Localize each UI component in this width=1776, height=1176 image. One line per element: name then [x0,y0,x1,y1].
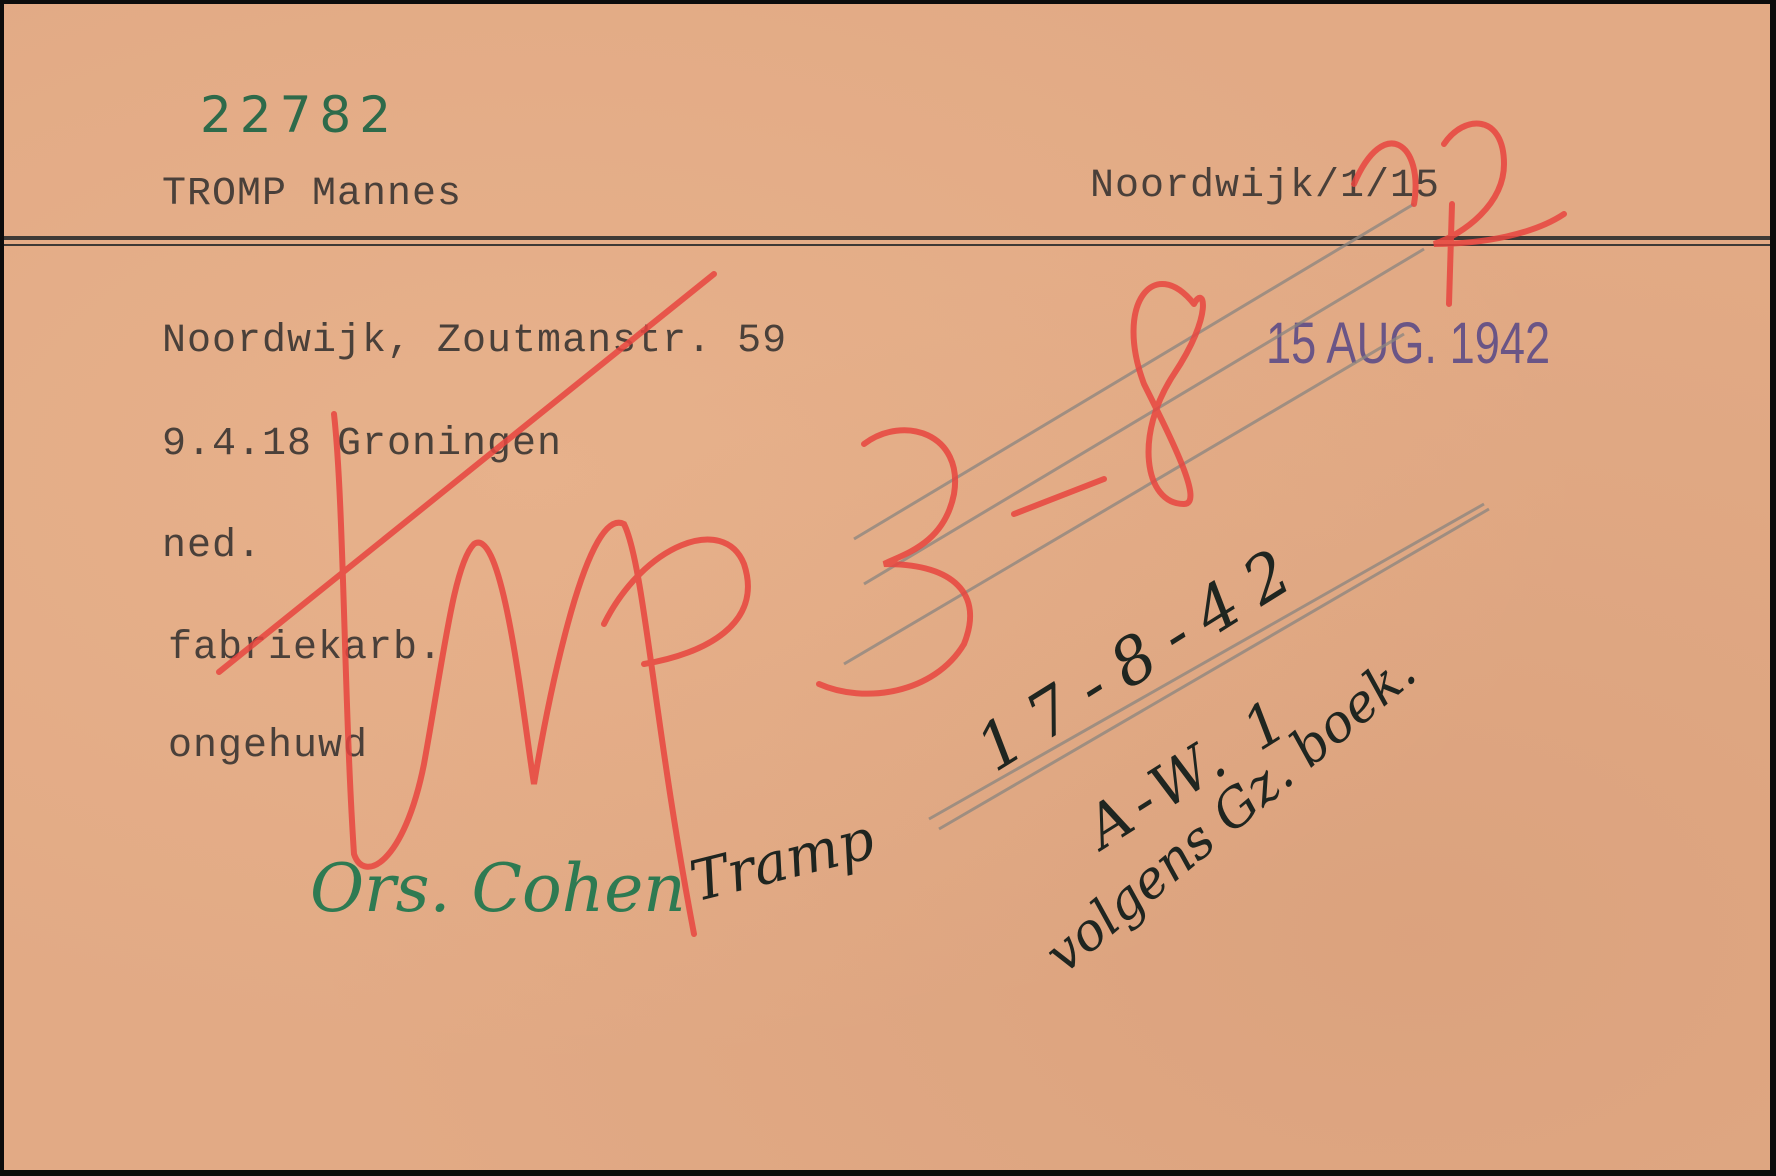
graphite-strike-lines [844,204,1489,829]
red-pencil-annotation [219,124,1564,934]
registration-card: 22782 TROMP Mannes Noordwijk/1/15 Noordw… [4,4,1770,1170]
annotation-strokes [4,4,1770,1170]
green-ink-annotation: Ors. Cohen [310,850,686,927]
